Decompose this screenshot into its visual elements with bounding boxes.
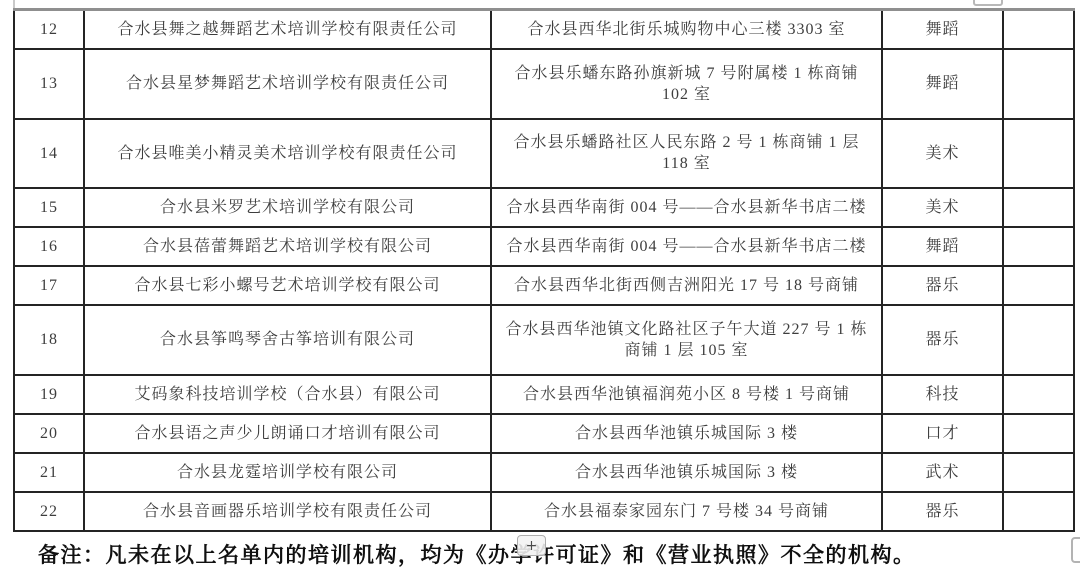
cell-category: 美术: [882, 188, 1003, 227]
cell-category: 器乐: [882, 492, 1003, 531]
cell-index: 14: [14, 119, 84, 188]
cell-index: 22: [14, 492, 84, 531]
table-row: 18合水县筝鸣琴舍古筝培训有限公司合水县西华池镇文化路社区子午大道 227 号 …: [14, 305, 1074, 374]
cell-extra: [1003, 266, 1074, 305]
cell-extra: [1003, 305, 1074, 374]
cell-address: 合水县西华池镇乐城国际 3 楼: [491, 414, 882, 453]
cell-extra: [1003, 375, 1074, 414]
cell-extra: [1003, 492, 1074, 531]
cell-category: 器乐: [882, 305, 1003, 374]
document-page: 12合水县舞之越舞蹈艺术培训学校有限责任公司合水县西华北街乐城购物中心三楼 33…: [0, 0, 1080, 579]
table-row: 14合水县唯美小精灵美术培训学校有限责任公司合水县乐蟠路社区人民东路 2 号 1…: [14, 119, 1074, 188]
cell-name: 合水县米罗艺术培训学校有限公司: [84, 188, 491, 227]
table-row: 13合水县星梦舞蹈艺术培训学校有限责任公司合水县乐蟠东路孙旗新城 7 号附属楼 …: [14, 49, 1074, 118]
cell-address: 合水县西华池镇福润苑小区 8 号楼 1 号商铺: [491, 375, 882, 414]
cell-address: 合水县乐蟠路社区人民东路 2 号 1 栋商铺 1 层 118 室: [491, 119, 882, 188]
cell-index: 15: [14, 188, 84, 227]
cell-extra: [1003, 414, 1074, 453]
cell-extra: [1003, 227, 1074, 266]
cell-address: 合水县西华池镇乐城国际 3 楼: [491, 453, 882, 492]
cell-name: 合水县蓓蕾舞蹈艺术培训学校有限公司: [84, 227, 491, 266]
cell-address: 合水县西华南街 004 号——合水县新华书店二楼: [491, 188, 882, 227]
table-row: 16合水县蓓蕾舞蹈艺术培训学校有限公司合水县西华南街 004 号——合水县新华书…: [14, 227, 1074, 266]
cell-category: 口才: [882, 414, 1003, 453]
cell-name: 合水县星梦舞蹈艺术培训学校有限责任公司: [84, 49, 491, 118]
cell-category: 器乐: [882, 266, 1003, 305]
cell-address: 合水县西华北街乐城购物中心三楼 3303 室: [491, 10, 882, 50]
table-row: 22合水县音画器乐培训学校有限责任公司合水县福泰家园东门 7 号楼 34 号商铺…: [14, 492, 1074, 531]
cell-name: 合水县唯美小精灵美术培训学校有限责任公司: [84, 119, 491, 188]
plus-icon: +: [526, 539, 538, 553]
cell-extra: [1003, 49, 1074, 118]
cell-name: 合水县七彩小螺号艺术培训学校有限公司: [84, 266, 491, 305]
cell-address: 合水县福泰家园东门 7 号楼 34 号商铺: [491, 492, 882, 531]
cell-address: 合水县西华北街西侧吉洲阳光 17 号 18 号商铺: [491, 266, 882, 305]
cell-name: 合水县音画器乐培训学校有限责任公司: [84, 492, 491, 531]
cell-name: 合水县舞之越舞蹈艺术培训学校有限责任公司: [84, 10, 491, 50]
cell-category: 舞蹈: [882, 227, 1003, 266]
cell-address: 合水县乐蟠东路孙旗新城 7 号附属楼 1 栋商铺 102 室: [491, 49, 882, 118]
cell-category: 武术: [882, 453, 1003, 492]
cell-address: 合水县西华池镇文化路社区子午大道 227 号 1 栋商铺 1 层 105 室: [491, 305, 882, 374]
cell-index: 16: [14, 227, 84, 266]
cell-name: 合水县筝鸣琴舍古筝培训有限公司: [84, 305, 491, 374]
partial-widget-right: [1071, 537, 1080, 563]
table-row: 19艾码象科技培训学校（合水县）有限公司合水县西华池镇福润苑小区 8 号楼 1 …: [14, 375, 1074, 414]
cell-name: 合水县语之声少儿朗诵口才培训有限公司: [84, 414, 491, 453]
cell-index: 12: [14, 10, 84, 50]
cell-category: 舞蹈: [882, 49, 1003, 118]
cell-category: 美术: [882, 119, 1003, 188]
cell-name: 合水县龙霆培训学校有限公司: [84, 453, 491, 492]
table-row: 15合水县米罗艺术培训学校有限公司合水县西华南街 004 号——合水县新华书店二…: [14, 188, 1074, 227]
table-row: 12合水县舞之越舞蹈艺术培训学校有限责任公司合水县西华北街乐城购物中心三楼 33…: [14, 10, 1074, 50]
cell-extra: [1003, 10, 1074, 50]
cell-index: 18: [14, 305, 84, 374]
table-body: 12合水县舞之越舞蹈艺术培训学校有限责任公司合水县西华北街乐城购物中心三楼 33…: [14, 10, 1074, 532]
cell-index: 17: [14, 266, 84, 305]
training-school-table: 12合水县舞之越舞蹈艺术培训学校有限责任公司合水县西华北街乐城购物中心三楼 33…: [13, 8, 1075, 532]
cell-index: 21: [14, 453, 84, 492]
partial-widget-top: [973, 0, 1003, 6]
cell-extra: [1003, 453, 1074, 492]
zoom-plus-widget[interactable]: +: [517, 535, 546, 556]
cell-index: 19: [14, 375, 84, 414]
cell-index: 20: [14, 414, 84, 453]
table-row: 20合水县语之声少儿朗诵口才培训有限公司合水县西华池镇乐城国际 3 楼口才: [14, 414, 1074, 453]
table-row: 21合水县龙霆培训学校有限公司合水县西华池镇乐城国际 3 楼武术: [14, 453, 1074, 492]
table-row: 17合水县七彩小螺号艺术培训学校有限公司合水县西华北街西侧吉洲阳光 17 号 1…: [14, 266, 1074, 305]
cell-extra: [1003, 188, 1074, 227]
cell-address: 合水县西华南街 004 号——合水县新华书店二楼: [491, 227, 882, 266]
cell-extra: [1003, 119, 1074, 188]
cell-category: 科技: [882, 375, 1003, 414]
cell-category: 舞蹈: [882, 10, 1003, 50]
cell-index: 13: [14, 49, 84, 118]
cell-name: 艾码象科技培训学校（合水县）有限公司: [84, 375, 491, 414]
